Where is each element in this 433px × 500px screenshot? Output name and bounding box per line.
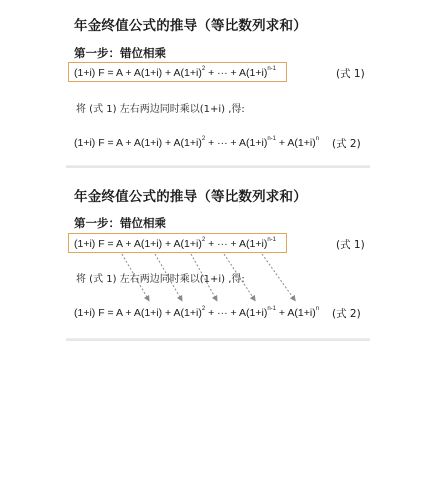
derivation-section-2: 年金终值公式的推导（等比数列求和） 第一步：错位相乘 (1+i) F = A +… xyxy=(66,177,370,347)
arrow-icon xyxy=(224,254,254,299)
arrow-icon xyxy=(122,254,148,299)
step-heading: 第一步：错位相乘 xyxy=(74,45,166,61)
arrow-icon xyxy=(262,254,294,299)
section-divider xyxy=(66,165,370,168)
equation-2: (1+i) F = A + A(1+i) + A(1+i)2 + ··· + A… xyxy=(74,136,319,149)
arrow-icon xyxy=(191,254,216,299)
equation-1-label: (式 1) xyxy=(336,66,365,81)
section-divider xyxy=(66,338,370,341)
section-title: 年金终值公式的推导（等比数列求和） xyxy=(74,14,307,34)
instruction-text: 将 (式 1) 左右两边同时乘以(1+i) ,得: xyxy=(76,100,245,115)
derivation-section-1: 年金终值公式的推导（等比数列求和） 第一步：错位相乘 (1+i) F = A +… xyxy=(66,10,370,170)
arrow-icon xyxy=(155,254,181,299)
shift-arrows xyxy=(66,177,370,347)
equation-1: (1+i) F = A + A(1+i) + A(1+i)2 + ··· + A… xyxy=(74,66,276,79)
equation-2-label: (式 2) xyxy=(332,136,361,151)
